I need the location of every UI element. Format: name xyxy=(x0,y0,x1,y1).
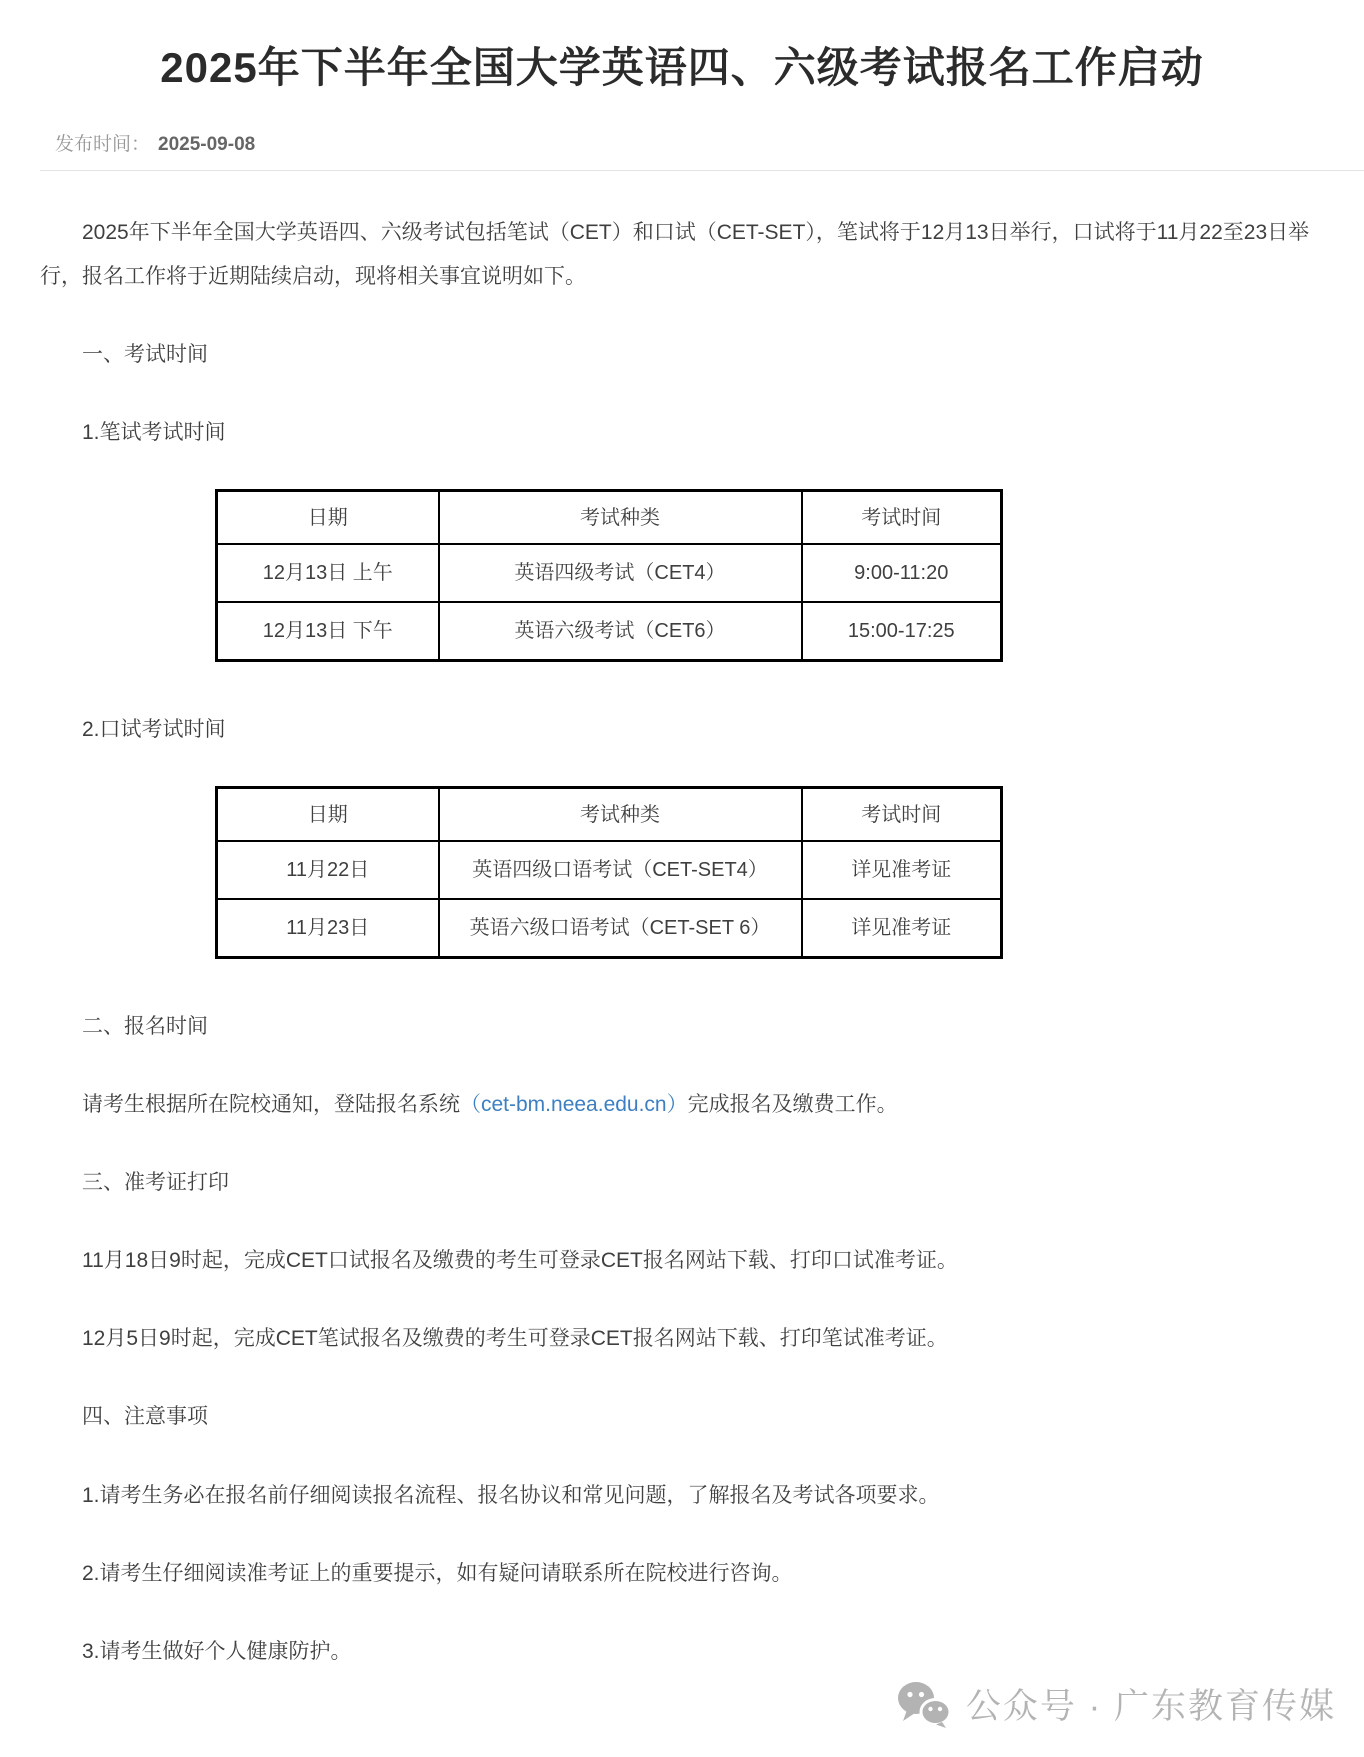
registration-system-link[interactable]: （cet-bm.neea.edu.cn） xyxy=(460,1093,688,1116)
cell-exam-type: 英语六级口语考试（CET-SET 6） xyxy=(439,899,802,957)
col-header-exam-type: 考试种类 xyxy=(439,787,802,841)
cell-exam-time: 详见准考证 xyxy=(802,841,1002,899)
publish-time-label: 发布时间： xyxy=(55,134,150,155)
col-header-date: 日期 xyxy=(217,787,439,841)
col-header-exam-time: 考试时间 xyxy=(802,787,1002,841)
registration-text-after: 完成报名及缴费工作。 xyxy=(688,1093,898,1116)
cell-exam-time: 15:00-17:25 xyxy=(802,602,1002,660)
table-row: 12月13日 下午 英语六级考试（CET6） 15:00-17:25 xyxy=(217,602,1002,660)
col-header-exam-type: 考试种类 xyxy=(439,490,802,544)
written-exam-subheading: 1.笔试考试时间 xyxy=(40,411,1324,455)
table-header-row: 日期 考试种类 考试时间 xyxy=(217,490,1002,544)
cell-exam-time: 详见准考证 xyxy=(802,899,1002,957)
notice-item-3: 3.请考生做好个人健康防护。 xyxy=(40,1630,1324,1674)
wechat-icon xyxy=(896,1680,952,1728)
oral-exam-subheading: 2.口试考试时间 xyxy=(40,708,1324,752)
watermark: 公众号 · 广东教育传媒 xyxy=(896,1679,1336,1729)
cell-exam-type: 英语四级口语考试（CET-SET4） xyxy=(439,841,802,899)
cell-exam-type: 英语四级考试（CET4） xyxy=(439,544,802,602)
table-header-row: 日期 考试种类 考试时间 xyxy=(217,787,1002,841)
col-header-exam-time: 考试时间 xyxy=(802,490,1002,544)
registration-paragraph: 请考生根据所在院校通知，登陆报名系统（cet-bm.neea.edu.cn）完成… xyxy=(40,1083,1324,1127)
cell-exam-type: 英语六级考试（CET6） xyxy=(439,602,802,660)
oral-exam-table: 日期 考试种类 考试时间 11月22日 英语四级口语考试（CET-SET4） 详… xyxy=(215,786,1003,959)
article-page: 2025年下半年全国大学英语四、六级考试报名工作启动 发布时间：2025-09-… xyxy=(0,0,1364,1757)
notice-item-1: 1.请考生务必在报名前仔细阅读报名流程、报名协议和常见问题，了解报名及考试各项要… xyxy=(40,1474,1324,1518)
table-row: 11月22日 英语四级口语考试（CET-SET4） 详见准考证 xyxy=(217,841,1002,899)
publish-date: 2025-09-08 xyxy=(158,134,255,155)
col-header-date: 日期 xyxy=(217,490,439,544)
cell-date: 12月13日 上午 xyxy=(217,544,439,602)
notice-item-2: 2.请考生仔细阅读准考证上的重要提示，如有疑问请联系所在院校进行咨询。 xyxy=(40,1552,1324,1596)
written-exam-table: 日期 考试种类 考试时间 12月13日 上午 英语四级考试（CET4） 9:00… xyxy=(215,489,1003,662)
section2-heading: 二、报名时间 xyxy=(40,1005,1324,1049)
cell-exam-time: 9:00-11:20 xyxy=(802,544,1002,602)
registration-text-before: 请考生根据所在院校通知，登陆报名系统 xyxy=(82,1093,460,1116)
page-title: 2025年下半年全国大学英语四、六级考试报名工作启动 xyxy=(70,42,1294,95)
intro-paragraph: 2025年下半年全国大学英语四、六级考试包括笔试（CET）和口试（CET-SET… xyxy=(40,211,1324,299)
cell-date: 11月22日 xyxy=(217,841,439,899)
publish-meta: 发布时间：2025-09-08 xyxy=(55,129,1324,156)
written-ticket-paragraph: 12月5日9时起，完成CET笔试报名及缴费的考生可登录CET报名网站下载、打印笔… xyxy=(40,1317,1324,1361)
section3-heading: 三、准考证打印 xyxy=(40,1161,1324,1205)
cell-date: 12月13日 下午 xyxy=(217,602,439,660)
oral-ticket-paragraph: 11月18日9时起，完成CET口试报名及缴费的考生可登录CET报名网站下载、打印… xyxy=(40,1239,1324,1283)
table-row: 11月23日 英语六级口语考试（CET-SET 6） 详见准考证 xyxy=(217,899,1002,957)
section1-heading: 一、考试时间 xyxy=(40,333,1324,377)
section4-heading: 四、注意事项 xyxy=(40,1395,1324,1439)
article-content: 2025年下半年全国大学英语四、六级考试包括笔试（CET）和口试（CET-SET… xyxy=(0,171,1364,1674)
watermark-text: 公众号 · 广东教育传媒 xyxy=(966,1679,1336,1729)
table-row: 12月13日 上午 英语四级考试（CET4） 9:00-11:20 xyxy=(217,544,1002,602)
cell-date: 11月23日 xyxy=(217,899,439,957)
